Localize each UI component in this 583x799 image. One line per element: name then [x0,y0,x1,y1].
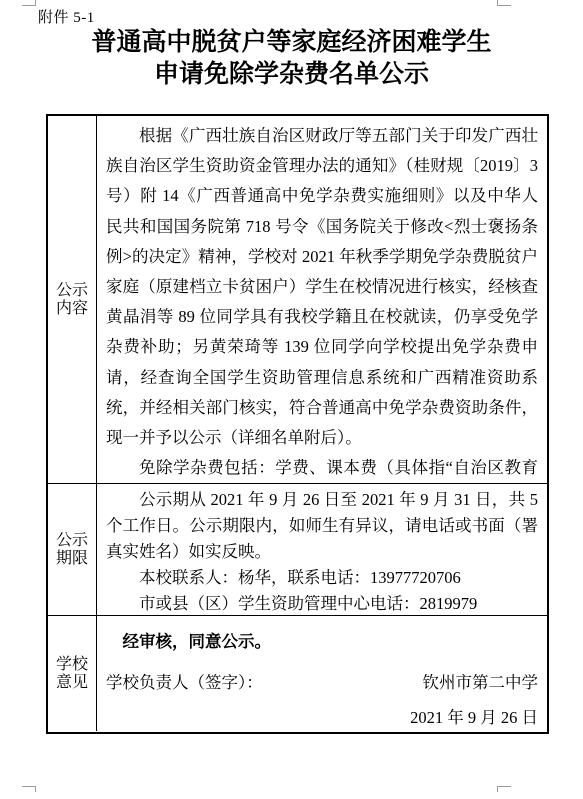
row-header-period: 公示 期限 [48,484,97,615]
table-row-content: 公示 内容 根据《广西壮族自治区财政厅等五部门关于印发广西壮族自治区学生资助资金… [48,116,547,483]
period-contact-line: 本校联系人：杨华，联系电话：13977720706 [106,565,538,591]
approval-statement: 经审核，同意公示。 [106,632,538,652]
attachment-label: 附件 5-1 [38,6,95,27]
opinion-cell: 经审核，同意公示。 学校负责人（签字）： 钦州市第二中学 2021 年 9 月 … [97,616,547,731]
period-paragraph-1: 公示期从 2021 年 9 月 26 日至 2021 年 9 月 31 日，共 … [106,487,538,565]
content-paragraph-1: 根据《广西壮族自治区财政厅等五部门关于印发广西壮族自治区学生资助资金管理办法的通… [106,121,538,453]
crop-mark-top-left [22,0,36,6]
row-header-content-line-2: 内容 [56,300,88,318]
crop-mark-top-right [497,0,511,6]
page-title-line-1: 普通高中脱贫户等家庭经济困难学生 [0,26,583,58]
page-title: 普通高中脱贫户等家庭经济困难学生 申请免除学杂费名单公示 [0,26,583,90]
content-paragraph-2: 免除学杂费包括：学费、课本费（具体指“自治区教育厅规定的普通高中必修课教材和限定… [106,453,538,483]
row-header-opinion: 学校 意见 [48,616,97,731]
period-cell: 公示期从 2021 年 9 月 26 日至 2021 年 9 月 31 日，共 … [97,484,547,615]
crop-mark-bottom-left [22,786,36,792]
school-name: 钦州市第二中学 [423,673,539,693]
period-center-phone-line: 市或县（区）学生资助管理中心电话：2819979 [106,591,538,615]
row-header-content-line-1: 公示 [56,282,88,300]
row-header-opinion-line-2: 意见 [56,674,88,692]
signature-label: 学校负责人（签字）： [106,673,263,693]
content-cell: 根据《广西壮族自治区财政厅等五部门关于印发广西壮族自治区学生资助资金管理办法的通… [97,116,547,483]
opinion-date: 2021 年 9 月 26 日 [106,708,538,728]
signature-line: 学校负责人（签字）： 钦州市第二中学 [106,673,538,693]
document-page: { "page": { "attachment_label": "附件 5-1"… [0,0,583,799]
page-title-line-2: 申请免除学杂费名单公示 [0,58,583,90]
notice-table: 公示 内容 根据《广西壮族自治区财政厅等五部门关于印发广西壮族自治区学生资助资金… [46,114,549,734]
table-row-period: 公示 期限 公示期从 2021 年 9 月 26 日至 2021 年 9 月 3… [48,483,547,615]
row-header-period-line-1: 公示 [56,532,88,550]
crop-mark-bottom-right [497,786,511,792]
table-row-opinion: 学校 意见 经审核，同意公示。 学校负责人（签字）： 钦州市第二中学 2021 … [48,615,547,731]
row-header-period-line-2: 期限 [56,550,88,568]
row-header-opinion-line-1: 学校 [56,656,88,674]
row-header-content: 公示 内容 [48,116,97,483]
